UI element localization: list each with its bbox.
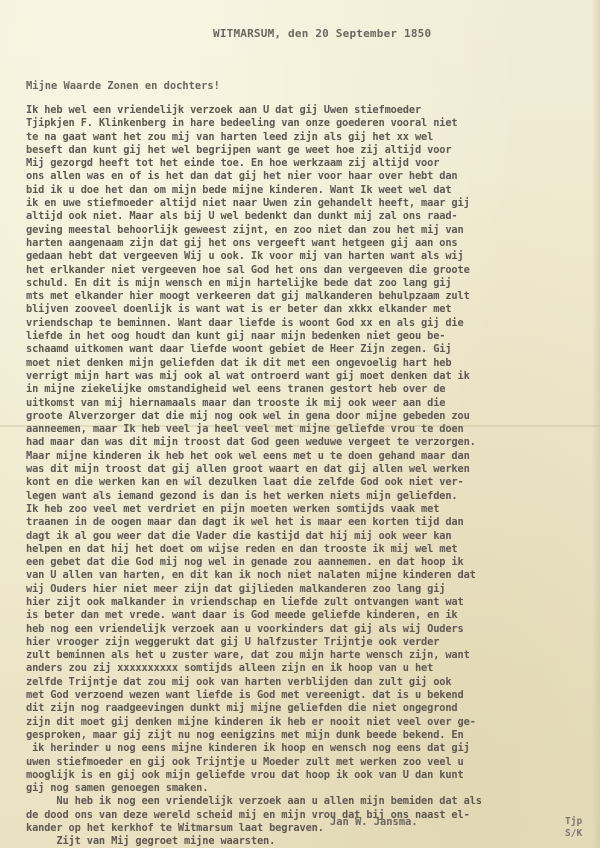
letter-line: in mijne ziekelijke omstandigheid wel ee… bbox=[26, 383, 592, 396]
letter-line: bid ik u doe het dan om mijn bede mijne … bbox=[26, 184, 592, 197]
letter-line: hier zijt ook malkander in vriendschap e… bbox=[26, 596, 592, 609]
letter-line: uwen stiefmoeder en gij ook Trijntje u M… bbox=[26, 756, 592, 769]
letter-line: helpen en dat hij het doet om wijse rede… bbox=[26, 543, 592, 556]
letter-line: hier vrooger zijn weggerukt dat gij U ha… bbox=[26, 636, 592, 649]
letter-line: zelfde Trijntje dat zou mij ook van hart… bbox=[26, 676, 592, 689]
letter-line: een gebet dat die God mij nog wel in gen… bbox=[26, 556, 592, 569]
letter-line: Maar mijne kinderen ik heb het ook wel e… bbox=[26, 450, 592, 463]
letter-line: legen want als iemand gezond is dan is h… bbox=[26, 490, 592, 503]
letter-line: moet niet denken mijn geliefden dat ik d… bbox=[26, 357, 592, 370]
letter-line: groote Alverzorger dat die mij nog ook w… bbox=[26, 410, 592, 423]
letter-line: uitkomst van mij hiernamaals maar dan tr… bbox=[26, 397, 592, 410]
letter-line: Mij gezorgd heeft tot het einde toe. En … bbox=[26, 157, 592, 170]
letter-line: schuld. En dit is mijn wensch en mijn ha… bbox=[26, 277, 592, 290]
letter-line: zijn dit moet gij denken mijne kinderen … bbox=[26, 716, 592, 729]
letter-line: gij nog samen genoegen smaken. bbox=[26, 782, 592, 795]
letter-line: met God verzoend wezen want liefde is Go… bbox=[26, 689, 592, 702]
letter-line: is beter dan met vrede. want daar is God… bbox=[26, 609, 592, 622]
letter-line: zult beminnen als het u zuster ware, dat… bbox=[26, 649, 592, 662]
letter-line: anders zou zij xxxxxxxxxx somtijds allee… bbox=[26, 662, 592, 675]
letter-line: wij Ouders hier niet meer zijn dat gijli… bbox=[26, 583, 592, 596]
letter-line: mooglijk is en gij ook mijn geliefde vro… bbox=[26, 769, 592, 782]
letter-line: traanen in de oogen maar dan dagt ik wel… bbox=[26, 516, 592, 529]
letter-line: kander op het kerkhof te Witmarsum laat … bbox=[26, 822, 592, 835]
letter-page: WITMARSUM, den 20 September 1850 Mijne W… bbox=[0, 0, 600, 848]
letter-line: dagt ik al gou weer dat die Vader die ka… bbox=[26, 530, 592, 543]
letter-dateline: WITMARSUM, den 20 September 1850 bbox=[213, 27, 431, 40]
letter-line: heb nog een vriendelijk verzoek aan u vo… bbox=[26, 623, 592, 636]
letter-line: Ik heb zoo veel met verdriet en pijn moe… bbox=[26, 503, 592, 516]
letter-line: geving meestal behoorlijk geweest zijnt,… bbox=[26, 224, 592, 237]
letter-line: kont en die werken kan en wil dezulken l… bbox=[26, 476, 592, 489]
letter-signature: Jan W. Jansma. bbox=[330, 816, 418, 828]
letter-line: altijd ook niet. Maar als bij U wel bede… bbox=[26, 210, 592, 223]
letter-line: aanneemen, maar Ik heb veel ja heel veel… bbox=[26, 423, 592, 436]
letter-line: ik en uwe stiefmoeder altijd niet naar U… bbox=[26, 197, 592, 210]
letter-line: liefde in het oog houdt dan kunt gij naa… bbox=[26, 330, 592, 343]
letter-line: verrigt mijn hart was mij ook al wat ont… bbox=[26, 370, 592, 383]
letter-line: blijven zooveel doenlijk is want wat is … bbox=[26, 303, 592, 316]
letter-line: dit zijn nog raadgeevingen dunkt mij mij… bbox=[26, 702, 592, 715]
letter-line: ik herinder u nog eens mijne kinderen ik… bbox=[26, 742, 592, 755]
letter-line: harten aangenaam zijn dat gij het ons ve… bbox=[26, 237, 592, 250]
letter-line: gedaan hebt dat vergeeven Wij u ook. Ik … bbox=[26, 250, 592, 263]
letter-line: het erlkander niet vergeeven hoe sal God… bbox=[26, 264, 592, 277]
letter-line: ons allen was en of is het dan dat gij h… bbox=[26, 170, 592, 183]
letter-line: vriendschap te beminnen. Want daar liefd… bbox=[26, 317, 592, 330]
paper-edge-shadow bbox=[592, 0, 600, 848]
letter-line: mts met elkander hier moogt verkeeren da… bbox=[26, 290, 592, 303]
typist-initials-line-1: Tjp bbox=[565, 816, 582, 828]
letter-line: te na gaat want het zou mij van harten l… bbox=[26, 131, 592, 144]
letter-line: van U allen van harten, en dit kan ik no… bbox=[26, 569, 592, 582]
letter-line: beseft dan kunt gij het wel begrijpen wa… bbox=[26, 144, 592, 157]
letter-body: Ik heb wel een vriendelijk verzoek aan U… bbox=[26, 104, 592, 848]
letter-line: de dood ons van deze wereld scheid mij e… bbox=[26, 809, 592, 822]
letter-line: Ik heb wel een vriendelijk verzoek aan U… bbox=[26, 104, 592, 117]
letter-line: Zijt van Mij gegroet mijne waarsten. bbox=[26, 835, 592, 848]
letter-line: Nu heb ik nog een vriendelijk verzoek aa… bbox=[26, 795, 592, 808]
letter-salutation: Mijne Waarde Zonen en dochters! bbox=[26, 80, 220, 92]
typist-initials-line-2: S/K bbox=[565, 828, 582, 840]
letter-line: Tjipkjen F. Klinkenberg in hare bedeelin… bbox=[26, 117, 592, 130]
letter-line: schaamd uitkomen want daar liefde woont … bbox=[26, 343, 592, 356]
letter-line: was dit mijn troost dat gij allen groot … bbox=[26, 463, 592, 476]
typist-initials: Tjp S/K bbox=[565, 816, 582, 840]
letter-line: gesproken, maar gij zijt nu nog eenigzin… bbox=[26, 729, 592, 742]
letter-line: had maar dan was dit mijn troost dat God… bbox=[26, 436, 592, 449]
